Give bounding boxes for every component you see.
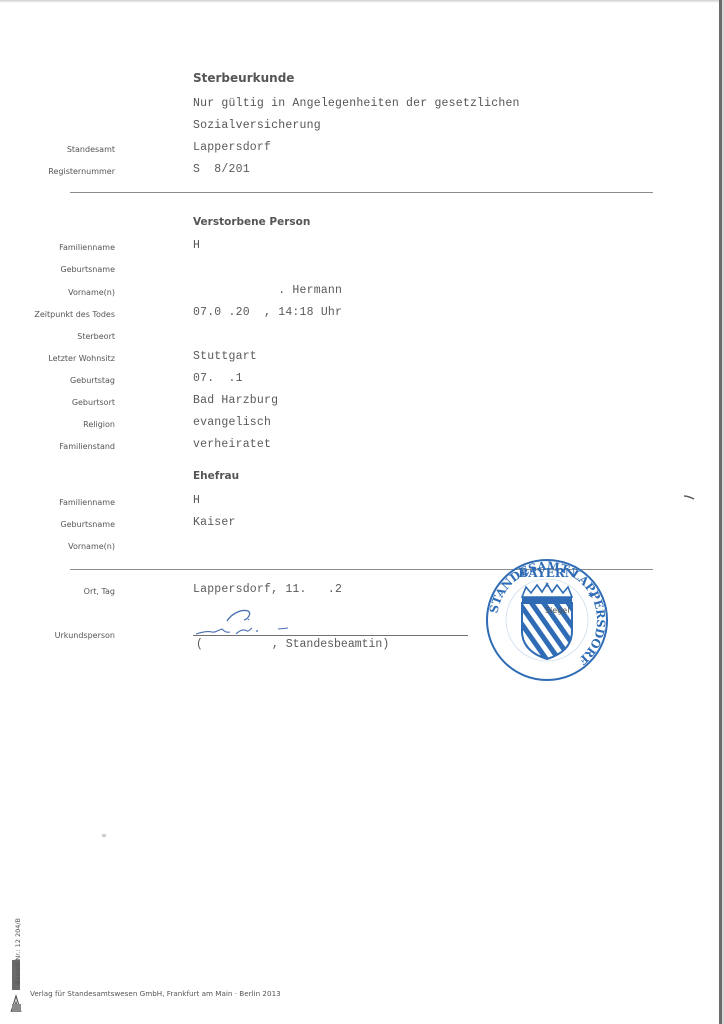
deceased-heading: Verstorbene Person (193, 216, 310, 228)
section-divider (70, 192, 653, 193)
deceased-sterbeort: Sterbeort (0, 328, 660, 348)
order-number: Bestell-Nr.: 12 204/B (14, 918, 22, 985)
deceased-letzter-wohnsitz: Letzter Wohnsitz Stuttgart (0, 350, 660, 370)
field-label: Religion (83, 420, 115, 429)
field-label: Ort, Tag (84, 587, 115, 596)
svg-text:∷: ∷ (499, 591, 503, 599)
deceased-religion: Religion evangelisch (0, 416, 660, 436)
field-value: Bad Harzburg (193, 394, 278, 407)
scan-artifact-mark (683, 495, 695, 500)
spouse-heading: Ehefrau (193, 470, 239, 482)
field-registernummer: Registernummer S 8/201 (0, 163, 660, 183)
field-value: Kaiser (193, 516, 236, 529)
field-value: verheiratet (193, 438, 271, 451)
field-label: Geburtsort (72, 398, 115, 407)
spouse-familienname: Familienname H (0, 494, 660, 514)
deceased-familienname: Familienname H (0, 239, 660, 259)
svg-text:BAYERN: BAYERN (518, 566, 576, 580)
field-value: Lappersdorf, 11. .2 (193, 583, 342, 596)
deceased-geburtsname: Geburtsname (0, 261, 660, 281)
handwritten-signature (192, 605, 302, 637)
official-seal-stamp: STANDESAMT LAPPERSDORF BAYERN 2 ∷ ✱ (484, 557, 610, 683)
field-label: Geburtsname (60, 265, 115, 274)
official-title: ( , Standesbeamtin) (196, 638, 389, 651)
field-value: H (193, 494, 200, 507)
svg-text:✱: ✱ (588, 591, 594, 599)
field-label: Familienname (59, 498, 115, 507)
field-value: . Hermann (193, 284, 342, 297)
field-value: 07. .1 (193, 372, 243, 385)
spouse-geburtsname: Geburtsname Kaiser (0, 516, 660, 536)
page-top-edge (0, 0, 724, 3)
validity-note-line2: Sozialversicherung (193, 119, 321, 132)
field-label: Geburtsname (60, 520, 115, 529)
field-label: Standesamt (67, 145, 115, 154)
deceased-familienstand: Familienstand verheiratet (0, 438, 660, 458)
scan-artifact-speck (102, 834, 106, 837)
field-value: Stuttgart (193, 350, 257, 363)
stamp-overlay-text: Siegel (545, 606, 569, 615)
field-standesamt: Standesamt Lappersdorf (0, 141, 660, 161)
deceased-vornamen: Vorname(n) . Hermann (0, 284, 660, 304)
field-label: Sterbeort (77, 332, 115, 341)
field-value: evangelisch (193, 416, 271, 429)
field-value: 07.0 .20 , 14:18 Uhr (193, 306, 342, 319)
validity-note-line1: Nur gültig in Angelegenheiten der gesetz… (193, 97, 520, 110)
field-label: Urkundsperson (55, 631, 115, 640)
field-label: Geburtstag (70, 376, 115, 385)
deceased-zeitpunkt-des-todes: Zeitpunkt des Todes 07.0 .20 , 14:18 Uhr (0, 306, 660, 326)
field-value: S 8/201 (193, 163, 250, 176)
field-value: Lappersdorf (193, 141, 271, 154)
deceased-geburtstag: Geburtstag 07. .1 (0, 372, 660, 392)
field-value: H (193, 239, 200, 252)
signature-line (193, 635, 468, 636)
field-label: Registernummer (48, 167, 115, 176)
spouse-vornamen: Vorname(n) (0, 538, 660, 558)
field-label: Familienname (59, 243, 115, 252)
field-label: Zeitpunkt des Todes (34, 310, 115, 319)
publisher-line: Verlag für Standesamtswesen GmbH, Frankf… (30, 989, 281, 998)
deceased-geburtsort: Geburtsort Bad Harzburg (0, 394, 660, 414)
field-label: Vorname(n) (68, 542, 115, 551)
field-label: Vorname(n) (68, 288, 115, 297)
document-title: Sterbeurkunde (193, 71, 294, 85)
field-label: Familienstand (59, 442, 115, 451)
field-label: Letzter Wohnsitz (48, 354, 115, 363)
